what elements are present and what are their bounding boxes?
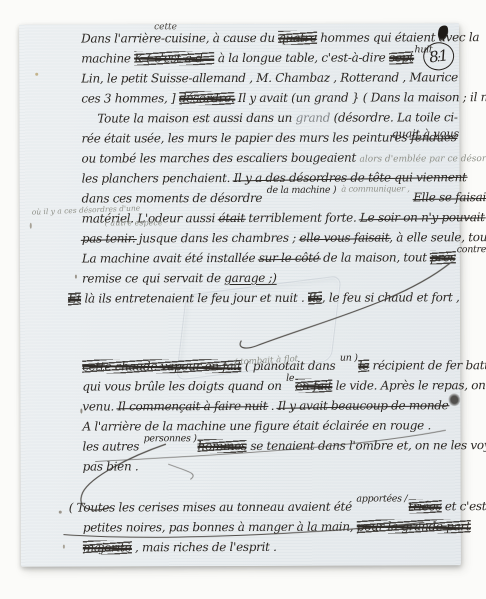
text-segment-scratch: cette chaude vapeur en fait	[82, 359, 241, 374]
text-segment-ink: ,	[350, 520, 357, 534]
manuscript-line: petites noires, pas bonnes à manger à la…	[83, 516, 455, 537]
paper-speck	[75, 275, 77, 279]
text-segment-ink: dans ces moments de désordre	[82, 191, 266, 206]
paper-speck	[59, 511, 62, 514]
text-segment-scratch: triées	[408, 499, 441, 513]
text-segment-ink: venu.	[82, 399, 117, 413]
text-segment-scratch: pour la grande part	[357, 519, 471, 533]
text-segment-ink: La machine avait été installée	[82, 251, 259, 266]
text-segment-ink: , à elle seule, tourner	[389, 230, 486, 244]
text-segment-ink: Lin, le petit Suisse-allemand , M. Chamb…	[81, 70, 458, 85]
manuscript-line: machine K ( c'est-à-d— à la longue table…	[81, 47, 453, 68]
text-segment-ink: se tenaient dans l'ombre et, on ne les v…	[247, 438, 486, 453]
manuscript-line: A l'arrière de la machine une figure éta…	[82, 415, 454, 436]
text-segment-scratch: désordre.	[179, 91, 235, 105]
text-segment-strike: Il y avait beaucoup de monde	[278, 398, 449, 413]
text-segment-ink: , le feu si chaud et fort ,	[322, 290, 460, 304]
text-segment-scratch: K ( c'est-à-d—	[134, 51, 214, 65]
text-segment-ink: pas bien .	[83, 459, 139, 473]
text-segment-strike: elle vous faisait	[299, 230, 389, 244]
text-segment-scratch: en fait	[295, 379, 332, 393]
text-segment-ink: et c'est les	[441, 499, 486, 513]
text-segment-ink: ( Toutes les cerises mises au tonneau av…	[69, 500, 356, 515]
text-segment-ink: main	[321, 520, 350, 534]
text-segment-ink: , mais riches de l'esprit .	[131, 540, 276, 555]
text-segment-scratch: près	[430, 250, 456, 264]
text-segment-sup-pencil: à communiquer ,	[341, 184, 409, 194]
text-segment-sup: le	[286, 373, 294, 384]
text-segment-ink: le vide. Après le repas, on était	[332, 378, 486, 393]
text-segment-strike: Elle se faisait sentir	[413, 190, 486, 204]
manuscript-line: venu. Il commençait à faire nuit . Il y …	[82, 395, 454, 416]
manuscript-line: remise ce qui servait de garage ;)	[82, 267, 454, 288]
paper-speck	[63, 545, 65, 549]
text-segment-sup: un )	[340, 353, 358, 364]
text-segment-ink: terriblement forte.	[245, 211, 360, 225]
manuscript-page: Dans l'arrière-cuisine, à cause du quatr…	[19, 23, 461, 567]
manuscript-line: ou tombé les marches des escaliers bouge…	[81, 147, 453, 168]
text-segment-sup: apportées /	[356, 493, 407, 504]
text-segment-ink: ces 3 hommes, ]	[81, 91, 179, 105]
text-segment-ink: Dans l'arrière-cuisine, à cause du	[81, 31, 278, 46]
text-segment-strike: sur le côté	[259, 251, 320, 265]
text-segment-underline: garage ;)	[224, 271, 276, 285]
text-segment-ink: là ils entretenaient le feu jour et nuit…	[81, 291, 308, 306]
paper-speck	[35, 73, 38, 76]
text-segment-ink: jusque dans les chambres ;	[135, 231, 299, 246]
text-segment-ink: les planchers penchaient.	[82, 171, 234, 186]
text-segment-ink: (désordre.	[330, 110, 393, 124]
manuscript-line: Lin, le petit Suisse-allemand , M. Chamb…	[81, 67, 453, 88]
text-segment-strike: pas tenir.	[82, 231, 136, 245]
text-segment-ink: hommes qui étaient avec la	[317, 30, 480, 45]
text-segment-ink: à la longue table, c'est-à-dire	[214, 50, 389, 65]
text-segment-pencil: alors d'emblée par ce désordre	[359, 154, 486, 164]
manuscript-line: Et là ils entretenaient le feu jour et n…	[68, 287, 454, 308]
manuscript-line: majorité , mais riches de l'esprit .	[83, 536, 455, 557]
text-segment-scratch: quatre	[278, 31, 316, 45]
text-segment-ink: récipient de fer battu	[369, 358, 486, 372]
text-segment-strike: Il y a des désordres de tête qui viennen…	[234, 170, 467, 185]
manuscript-line: pas bien .	[83, 455, 455, 476]
manuscript-line: Toute la maison est aussi dans un grand …	[97, 107, 453, 128]
manuscript-line: Dans l'arrière-cuisine, à cause du quatr…	[81, 27, 453, 48]
text-segment-ink: remise ce qui servait de	[82, 271, 224, 285]
manuscript-line: ( Toutes les cerises mises au tonneau av…	[69, 496, 455, 517]
text-segment-ink: petites noires, pas bonnes à manger à la	[83, 520, 321, 535]
text-segment-ink: .	[267, 399, 278, 413]
text-segment-sup: contre	[457, 244, 486, 255]
text-segment-ink: les autres	[83, 439, 143, 453]
text-segment-ink: ou tombé les marches des escaliers bouge…	[81, 151, 359, 166]
text-segment-scratch: Ils	[308, 291, 322, 305]
text-segment-ink: (un grand }	[291, 91, 363, 105]
text-segment-ink: Il y avait	[234, 91, 291, 105]
margin-note-cette: cette	[154, 22, 177, 32]
manuscript-line: les autres personnes )hommes se tenaient…	[82, 435, 454, 456]
text-segment-scratch: sept	[389, 50, 414, 64]
text-segment-sup: de la machine )	[267, 185, 337, 196]
text-segment-ink: rée était usée, les murs le papier des m…	[81, 130, 410, 145]
paper-speck	[30, 223, 32, 229]
text-segment-ink: machine	[81, 51, 134, 65]
text-segment-strike: était	[219, 211, 245, 225]
manuscript-line: La machine avait été installée sur le cô…	[82, 247, 454, 268]
text-segment-ink: La toile ci-	[394, 110, 458, 124]
text-segment-ink: qui vous brûle les doigts quand on	[82, 379, 285, 394]
manuscript-lines: Dans l'arrière-cuisine, à cause du quatr…	[81, 27, 455, 557]
text-segment-ink: ( Dans la maison ; il ne communi-	[363, 90, 486, 105]
text-segment-scratch: majorité	[83, 540, 132, 554]
manuscript-line: ces 3 hommes, ] désordre. Il y avait (un…	[81, 87, 453, 108]
text-segment-ink-light: grand	[296, 111, 331, 125]
pencil-note-left-2: ( autre espèce	[105, 218, 163, 227]
text-segment-scratch: hommes	[198, 439, 247, 453]
margin-note-carryover: quait à vous	[391, 127, 459, 140]
text-segment-ink: de la maison, tout	[320, 250, 431, 264]
text-segment-scratch: Et	[68, 292, 81, 306]
text-segment-strike: Il commençait à faire nuit	[118, 399, 268, 414]
scanned-manuscript-photo: { "document": { "page_number": "81", "an…	[0, 0, 486, 599]
manuscript-line: qui vous brûle les doigts quand on leen …	[82, 375, 454, 396]
text-segment-ink: A l'arrière de la machine une figure éta…	[82, 418, 431, 433]
text-segment-scratch: le	[359, 359, 369, 373]
manuscript-line: pas tenir. jusque dans les chambres ; el…	[82, 227, 454, 248]
text-segment-sup: personnes )	[144, 433, 197, 444]
text-segment-strike: Le soir on n'y pouvait	[360, 210, 485, 224]
text-segment-ink: Toute la maison est aussi dans un	[97, 111, 295, 126]
